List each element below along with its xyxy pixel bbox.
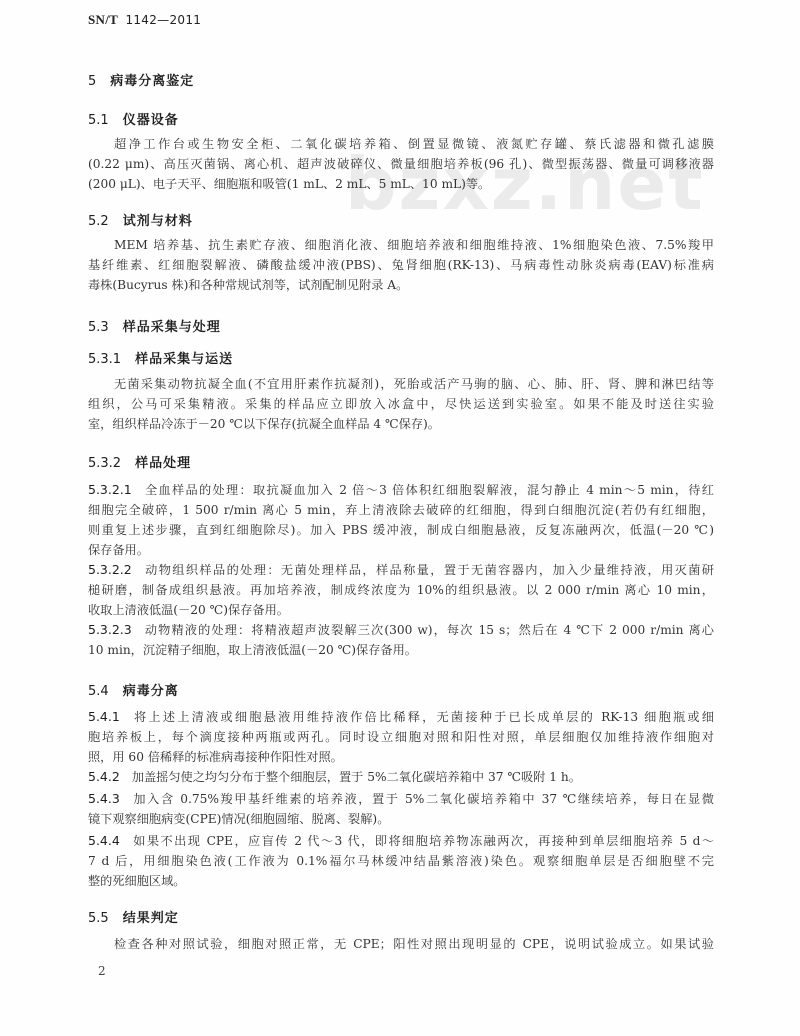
text-line: 基纤维素、红细胞裂解液、磷酸盐缓冲液(PBS)、兔肾细胞(RK-13)、马病毒性…: [88, 255, 714, 275]
text-line: 5.4.2加盖摇匀使之均匀分布于整个细胞层，置于 5%二氧化碳培养箱中 37 ℃…: [88, 767, 714, 787]
text-line: 5.3.2.2动物组织样品的处理：无菌处理样品，样品称量，置于无菌容器内，加入少…: [88, 560, 714, 580]
paragraph-5-1: 超净工作台或生物安全柜、二氧化碳培养箱、倒置显微镜、液氮贮存罐、蔡氏滤器和微孔滤…: [88, 134, 714, 194]
clause-text: 动物精液的处理：将精液超声波裂解三次(300 w)，每次 15 s；然后在 4 …: [144, 623, 714, 637]
clause-text: 动物组织样品的处理：无菌处理样品，样品称量，置于无菌容器内，加入少量维持液，用灭…: [144, 563, 714, 577]
text-line: 10 min，沉淀精子细胞，取上清液低温(－20 ℃)保存备用。: [88, 640, 714, 660]
heading-title: 结果判定: [123, 911, 179, 926]
heading-5-3-2: 5.3.2样品处理: [88, 452, 191, 471]
clause-text: 如果不出现 CPE，应盲传 2 代～3 代，即将细胞培养物冻融两次，再接种到单层…: [132, 834, 714, 848]
paragraph-5-3-2-3: 5.3.2.3动物精液的处理：将精液超声波裂解三次(300 w)，每次 15 s…: [88, 620, 714, 660]
text-line: (200 μL)、电子天平、细胞瓶和吸管(1 mL、2 mL、5 mL、10 m…: [88, 174, 714, 194]
text-line: (0.22 μm)、高压灭菌锅、离心机、超声波破碎仪、微量细胞培养板(96 孔)…: [88, 154, 714, 174]
text-line: 5.4.1将上述上清液或细胞悬液用维持液作倍比稀释，无菌接种于已长成单层的 RK…: [88, 707, 714, 727]
heading-5-5: 5.5结果判定: [88, 907, 179, 926]
heading-number: 5.3: [88, 320, 109, 335]
document-page: bzxz.net SN/T 1142—2011 5病毒分离鉴定 5.1仪器设备 …: [0, 0, 800, 1036]
text-line: 整的死细胞区域。: [88, 871, 714, 891]
clause-label: 5.3.2.1: [88, 482, 132, 497]
heading-5-2: 5.2试剂与材料: [88, 210, 193, 229]
heading-title: 样品采集与处理: [123, 320, 221, 335]
heading-title: 仪器设备: [123, 113, 179, 128]
paragraph-5-4-2: 5.4.2加盖摇匀使之均匀分布于整个细胞层，置于 5%二氧化碳培养箱中 37 ℃…: [88, 767, 714, 787]
text-line: 室，组织样品冷冻于－20 ℃以下保存(抗凝全血样品 4 ℃保存)。: [88, 414, 714, 434]
text-line: 检查各种对照试验，细胞对照正常，无 CPE；阳性对照出现明显的 CPE，说明试验…: [88, 934, 714, 954]
heading-title: 病毒分离鉴定: [110, 74, 194, 89]
heading-number: 5.5: [88, 911, 109, 926]
clause-label: 5.3.2.3: [88, 622, 132, 637]
standard-number: 1142—2011: [125, 13, 201, 27]
clause-label: 5.4.1: [88, 709, 120, 724]
text-line: 则重复上述步骤，直到红细胞除尽)。加入 PBS 缓冲液，制成白细胞悬液，反复冻融…: [88, 520, 714, 540]
text-line: 5.4.3加入含 0.75%羧甲基纤维素的培养液，置于 5%二氧化碳培养箱中 3…: [88, 789, 714, 809]
text-line: 保存备用。: [88, 540, 714, 560]
standard-prefix: SN/T: [88, 12, 118, 27]
heading-5: 5病毒分离鉴定: [88, 70, 194, 89]
text-line: 5.3.2.1全血样品的处理：取抗凝血加入 2 倍～3 倍体积红细胞裂解液，混匀…: [88, 480, 714, 500]
heading-5-1: 5.1仪器设备: [88, 109, 179, 128]
paragraph-5-3-1: 无菌采集动物抗凝全血(不宜用肝素作抗凝剂)，死胎或活产马驹的脑、心、肺、肝、肾、…: [88, 374, 714, 434]
heading-number: 5.3.1: [88, 352, 121, 367]
heading-title: 试剂与材料: [123, 214, 193, 229]
heading-title: 样品处理: [135, 456, 191, 471]
heading-number: 5.4: [88, 684, 109, 699]
paragraph-5-2: MEM 培养基、抗生素贮存液、细胞消化液、细胞培养液和细胞维持液、1%细胞染色液…: [88, 235, 714, 295]
heading-5-3: 5.3样品采集与处理: [88, 316, 221, 335]
text-line: MEM 培养基、抗生素贮存液、细胞消化液、细胞培养液和细胞维持液、1%细胞染色液…: [88, 235, 714, 255]
text-line: 胞培养板上，每个滴度接种两瓶或两孔。同时设立细胞对照和阳性对照，单层细胞仅加维持…: [88, 727, 714, 747]
heading-number: 5.3.2: [88, 456, 121, 471]
clause-label: 5.4.3: [88, 791, 120, 806]
page-number: 2: [98, 964, 106, 978]
text-line: 毒株(Bucyrus 株)和各种常规试剂等，试剂配制见附录 A。: [88, 275, 714, 295]
text-line: 组织，公马可采集精液。采集的样品应立即放入冰盒中，尽快运送到实验室。如果不能及时…: [88, 394, 714, 414]
heading-5-4: 5.4病毒分离: [88, 680, 179, 699]
heading-title: 病毒分离: [123, 684, 179, 699]
text-line: 镜下观察细胞病变(CPE)情况(细胞圆缩、脱离、裂解)。: [88, 809, 714, 829]
text-line: 无菌采集动物抗凝全血(不宜用肝素作抗凝剂)，死胎或活产马驹的脑、心、肺、肝、肾、…: [88, 374, 714, 394]
paragraph-5-5: 检查各种对照试验，细胞对照正常，无 CPE；阳性对照出现明显的 CPE，说明试验…: [88, 934, 714, 954]
clause-text: 全血样品的处理：取抗凝血加入 2 倍～3 倍体积红细胞裂解液，混匀静止 4 mi…: [144, 483, 714, 497]
text-line: 槌研磨，制备成组织悬液。再加培养液，制成终浓度为 10%的组织悬液。以 2 00…: [88, 580, 714, 600]
text-line: 超净工作台或生物安全柜、二氧化碳培养箱、倒置显微镜、液氮贮存罐、蔡氏滤器和微孔滤…: [88, 134, 714, 154]
clause-label: 5.4.4: [88, 833, 120, 848]
clause-text: 加盖摇匀使之均匀分布于整个细胞层，置于 5%二氧化碳培养箱中 37 ℃吸附 1 …: [132, 770, 581, 784]
paragraph-5-3-2-2: 5.3.2.2动物组织样品的处理：无菌处理样品，样品称量，置于无菌容器内，加入少…: [88, 560, 714, 620]
text-line: 7 d 后，用细胞染色液(工作液为 0.1%福尔马林缓冲结晶紫溶液)染色。观察细…: [88, 851, 714, 871]
text-line: 5.3.2.3动物精液的处理：将精液超声波裂解三次(300 w)，每次 15 s…: [88, 620, 714, 640]
clause-label: 5.4.2: [88, 769, 120, 784]
paragraph-5-3-2-1: 5.3.2.1全血样品的处理：取抗凝血加入 2 倍～3 倍体积红细胞裂解液，混匀…: [88, 480, 714, 560]
paragraph-5-4-4: 5.4.4如果不出现 CPE，应盲传 2 代～3 代，即将细胞培养物冻融两次，再…: [88, 831, 714, 891]
text-line: 细胞完全破碎，1 500 r/min 离心 5 min，弃上清液除去破碎的红细胞…: [88, 500, 714, 520]
standard-header: SN/T 1142—2011: [88, 12, 201, 28]
paragraph-5-4-1: 5.4.1将上述上清液或细胞悬液用维持液作倍比稀释，无菌接种于已长成单层的 RK…: [88, 707, 714, 767]
heading-title: 样品采集与运送: [135, 352, 233, 367]
text-line: 照，用 60 倍稀释的标准病毒接种作阳性对照。: [88, 747, 714, 767]
heading-5-3-1: 5.3.1样品采集与运送: [88, 348, 233, 367]
heading-number: 5.1: [88, 113, 109, 128]
clause-text: 将上述上清液或细胞悬液用维持液作倍比稀释，无菌接种于已长成单层的 RK-13 细…: [132, 710, 714, 724]
clause-label: 5.3.2.2: [88, 562, 132, 577]
clause-text: 加入含 0.75%羧甲基纤维素的培养液，置于 5%二氧化碳培养箱中 37 ℃继续…: [132, 792, 714, 806]
paragraph-5-4-3: 5.4.3加入含 0.75%羧甲基纤维素的培养液，置于 5%二氧化碳培养箱中 3…: [88, 789, 714, 829]
heading-number: 5.2: [88, 214, 109, 229]
text-line: 收取上清液低温(－20 ℃)保存备用。: [88, 600, 714, 620]
text-line: 5.4.4如果不出现 CPE，应盲传 2 代～3 代，即将细胞培养物冻融两次，再…: [88, 831, 714, 851]
heading-number: 5: [88, 74, 96, 89]
